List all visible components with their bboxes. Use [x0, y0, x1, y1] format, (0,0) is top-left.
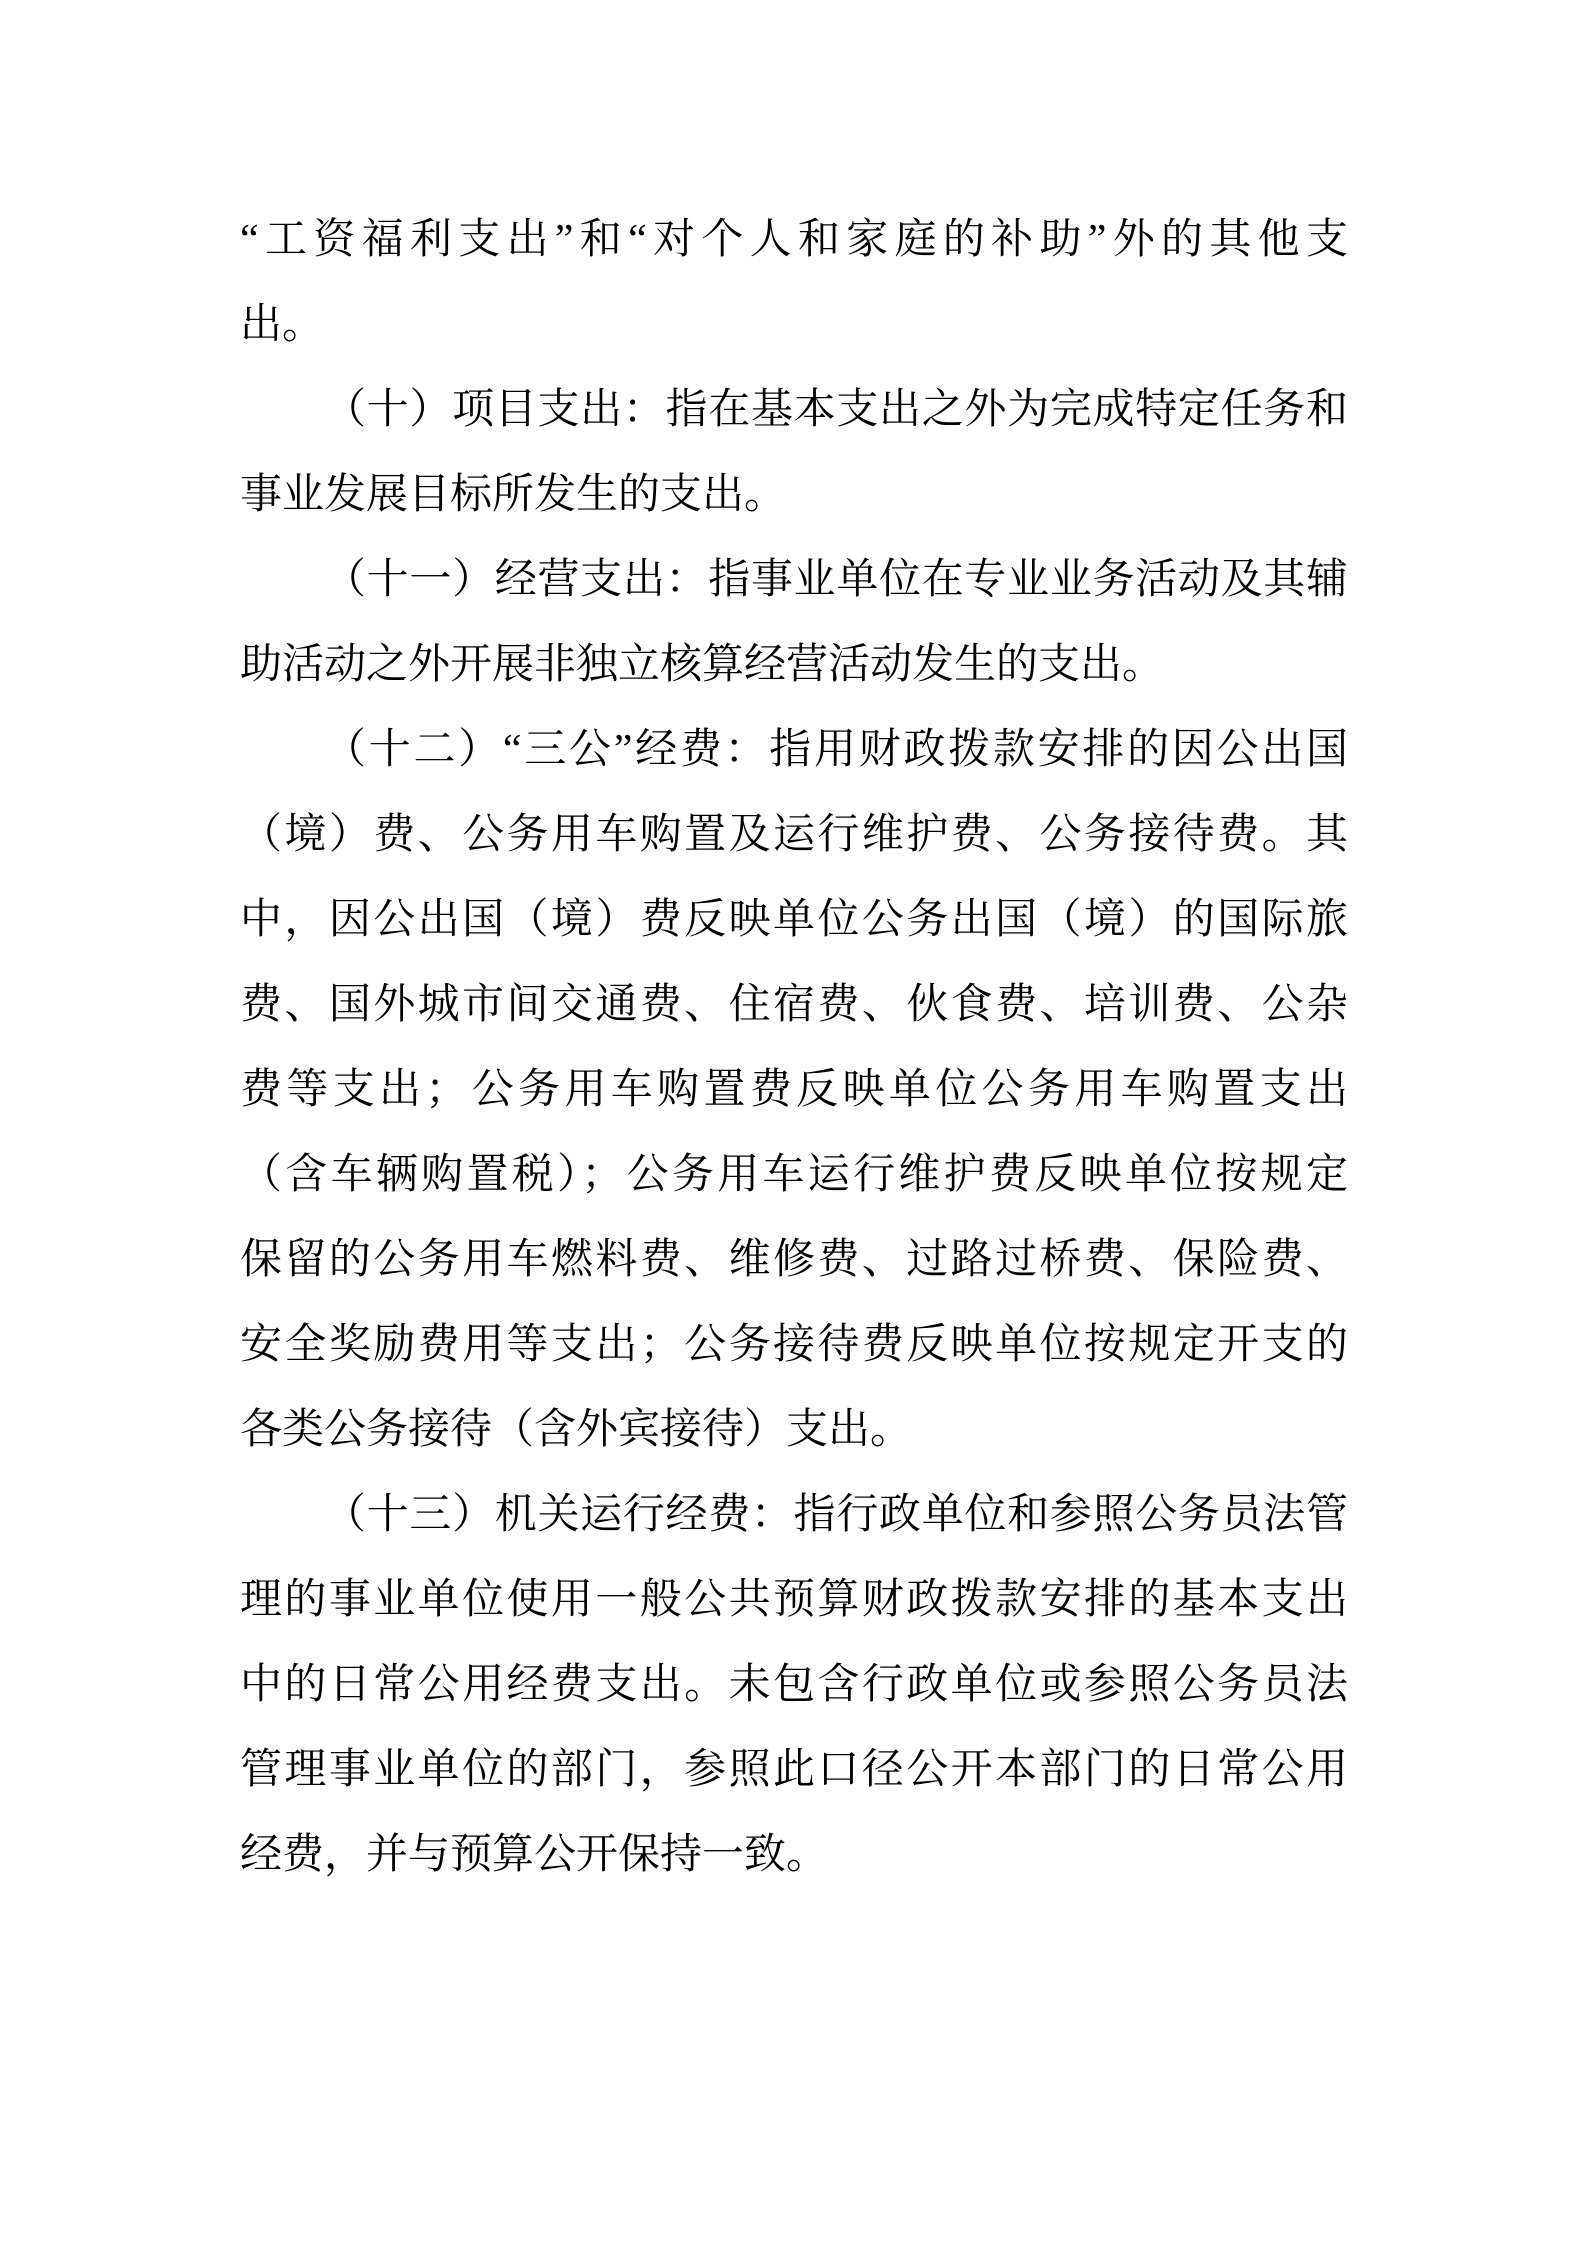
text-line: 出。	[240, 283, 1348, 368]
text-line: 各类公务接待（含外宾接待）支出。	[240, 1388, 1348, 1473]
text-line: 保留的公务用车燃料费、维修费、过路过桥费、保险费、	[240, 1218, 1348, 1303]
text-line: 管理事业单位的部门，参照此口径公开本部门的日常公用	[240, 1728, 1348, 1813]
document-page: “工资福利支出”和“对个人和家庭的补助”外的其他支 出。 （十）项目支出：指在基…	[0, 0, 1588, 2246]
text-line: （十二）“三公”经费：指用财政拨款安排的因公出国	[240, 708, 1348, 793]
text-line: 事业发展目标所发生的支出。	[240, 453, 1348, 538]
text-line: 经费，并与预算公开保持一致。	[240, 1813, 1348, 1898]
text-line: 助活动之外开展非独立核算经营活动发生的支出。	[240, 623, 1348, 708]
text-line: “工资福利支出”和“对个人和家庭的补助”外的其他支	[240, 198, 1348, 283]
text-line: （十三）机关运行经费：指行政单位和参照公务员法管	[240, 1473, 1348, 1558]
text-line: （含车辆购置税）；公务用车运行维护费反映单位按规定	[240, 1133, 1348, 1218]
text-line: 理的事业单位使用一般公共预算财政拨款安排的基本支出	[240, 1558, 1348, 1643]
text-line: （十）项目支出：指在基本支出之外为完成特定任务和	[240, 368, 1348, 453]
text-line: （十一）经营支出：指事业单位在专业业务活动及其辅	[240, 538, 1348, 623]
text-line: 费、国外城市间交通费、住宿费、伙食费、培训费、公杂	[240, 963, 1348, 1048]
text-line: 中，因公出国（境）费反映单位公务出国（境）的国际旅	[240, 878, 1348, 963]
text-line: 安全奖励费用等支出；公务接待费反映单位按规定开支的	[240, 1303, 1348, 1388]
text-line: 费等支出；公务用车购置费反映单位公务用车购置支出	[240, 1048, 1348, 1133]
text-line: 中的日常公用经费支出。未包含行政单位或参照公务员法	[240, 1643, 1348, 1728]
text-line: （境）费、公务用车购置及运行维护费、公务接待费。其	[240, 793, 1348, 878]
